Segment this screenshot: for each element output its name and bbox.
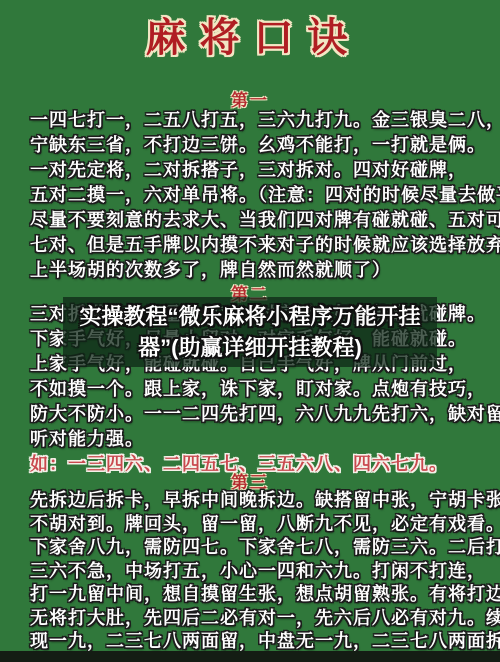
ad-overlay-text-line1: 实操教程“微乐麻将小程序万能开挂	[79, 301, 420, 332]
verse-line: 七对、但是五手牌以内摸不来对子的时候就应该选择放弃，只有	[30, 233, 486, 258]
section-3-verse: 先拆边后拆卡，早拆中间晚拆边。缺搭留中张，宁胡卡张 不胡对到。牌回头，留一留，八…	[0, 489, 500, 654]
verse-line: 不如摸一个。跟上家，诛下家，盯对家。点炮有技巧，	[30, 377, 486, 402]
bottom-dark-strip	[0, 651, 500, 662]
verse-line: 一四七打一，二五八打五，三六九打九。金三银臭二八，	[30, 108, 486, 133]
ad-overlay-text-line2: 器”(助赢详细开挂教程)	[138, 332, 362, 363]
verse-line: 无将打大肚，先四后二必有对一，先六后八必有对九。续盘	[30, 607, 486, 631]
verse-line: 先拆边后拆卡，早拆中间晚拆边。缺搭留中张，宁胡卡张	[30, 489, 486, 513]
verse-line: 防大不防小。一一二四先打四，六八九九先打六，缺对留	[30, 402, 486, 427]
mahjong-tips-poster: 麻将口诀 第一 一四七打一，二五八打五，三六九打九。金三银臭二八， 宁缺东三省，…	[0, 0, 500, 662]
ad-overlay-banner: 实操教程“微乐麻将小程序万能开挂 器”(助赢详细开挂教程)	[63, 297, 437, 367]
verse-line: 三六不急，中场打五，小心一四和六九。打闲不打连，	[30, 560, 486, 584]
verse-line: 宁缺东三省，不打边三饼。幺鸡不能打，一打就是俩。	[30, 133, 486, 158]
section-1-verse: 一四七打一，二五八打五，三六九打九。金三银臭二八， 宁缺东三省，不打边三饼。幺鸡…	[0, 108, 500, 283]
verse-line: 现一九，二三七八两面留，中盘无一九，二三七八两面拆。	[30, 630, 486, 654]
verse-line: 不胡对到。牌回头，留一留，八断九不见，必定有戏看。	[30, 513, 486, 537]
verse-line: 打一九留中间，想自摸留生张，想点胡留熟张。有将打边肚，	[30, 583, 486, 607]
verse-line: 一对先定将，二对拆搭子，三对拆对。四对好碰牌，	[30, 158, 486, 183]
verse-line: 尽量不要刻意的去求大、当我们四对牌有碰就碰、五对可以考虑	[30, 208, 486, 233]
verse-line: 下家舍八九，需防四七。下家舍七八，需防三六。二后打一，	[30, 536, 486, 560]
verse-line: 听对能力强。	[30, 427, 486, 452]
verse-line: 五对二摸一，六对单吊将。（注意：四对的时候尽量去做平胡、	[30, 183, 486, 208]
poster-title: 麻将口诀	[0, 6, 500, 63]
